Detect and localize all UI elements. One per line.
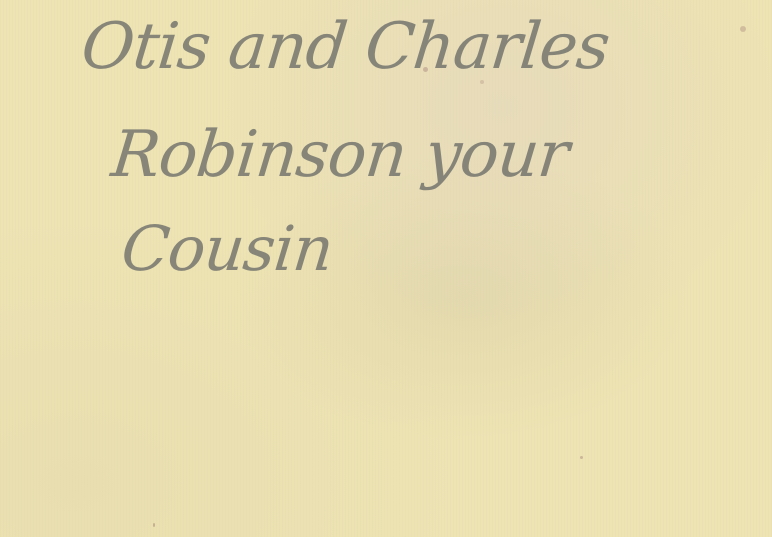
paper-speck — [740, 26, 746, 32]
paper-speck — [480, 80, 484, 84]
handwritten-line-1: Otis and Charles — [78, 10, 612, 84]
handwritten-line-2: Robinson your — [108, 118, 572, 192]
paper-sheet: Otis and Charles Robinson your Cousin — [0, 0, 772, 537]
paper-speck — [423, 67, 428, 72]
paper-speck — [153, 523, 155, 527]
handwritten-line-3: Cousin — [118, 212, 336, 285]
paper-speck — [580, 456, 583, 459]
